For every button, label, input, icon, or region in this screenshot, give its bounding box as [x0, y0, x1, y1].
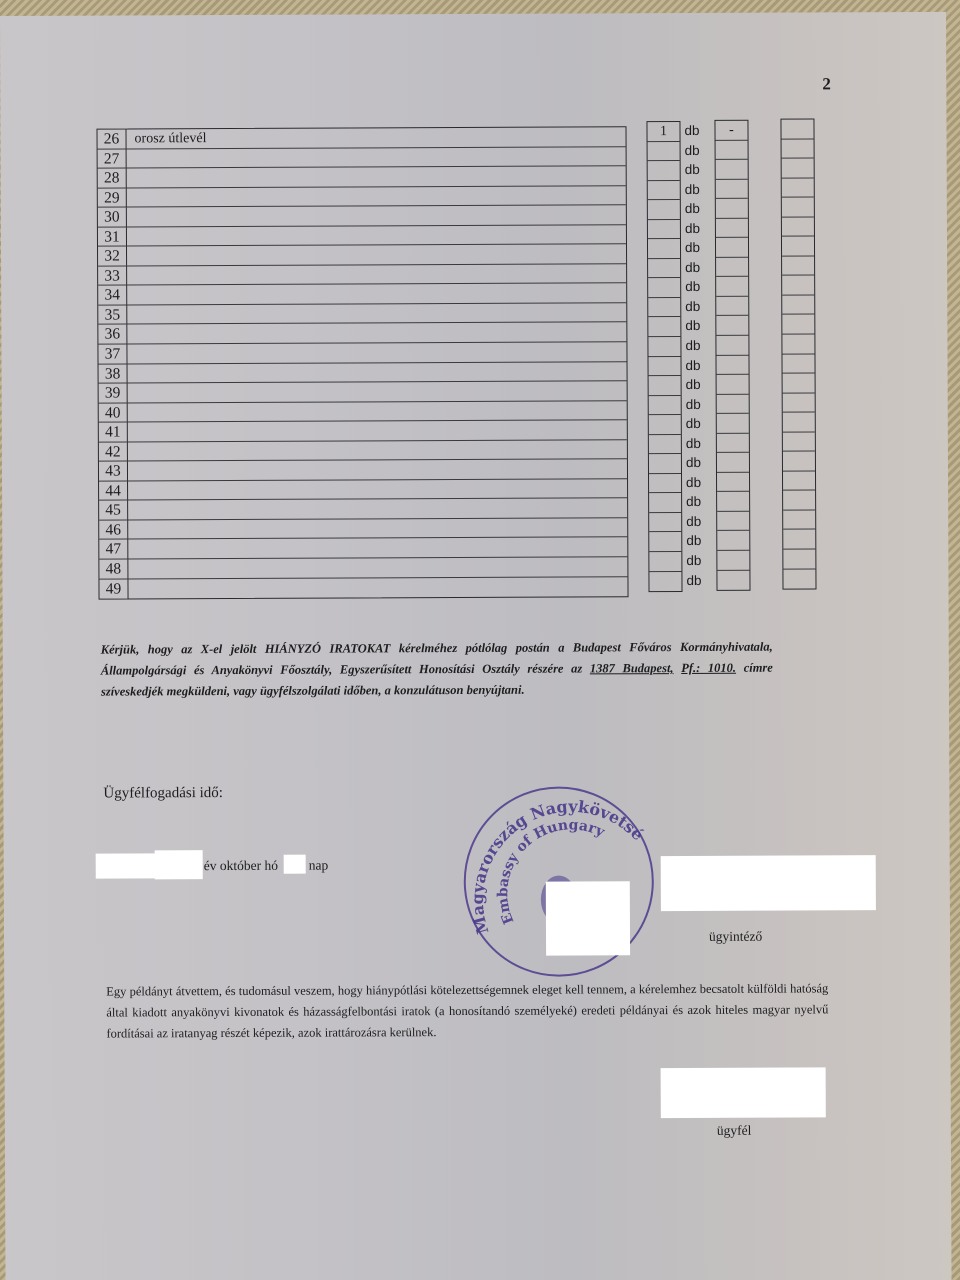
- document-description: [128, 440, 627, 461]
- unit-label: db: [685, 160, 700, 180]
- quantity-cell: [649, 513, 681, 533]
- table-row: 47: [99, 538, 627, 560]
- missing-mark-cell: [717, 453, 749, 473]
- document-description: [128, 557, 627, 578]
- table-row: 49: [99, 577, 627, 599]
- missing-column: -: [714, 120, 750, 591]
- missing-mark-cell: [716, 238, 748, 258]
- missing-mark-cell: [716, 336, 748, 356]
- redacted-day: [284, 855, 306, 874]
- missing-mark-cell: [717, 394, 749, 414]
- unit-label: db: [686, 492, 701, 512]
- missing-mark-cell: [716, 179, 748, 199]
- extra-cell: [782, 276, 814, 296]
- missing-mark-cell: [717, 375, 749, 395]
- quantity-cell: [648, 239, 680, 259]
- unit-column: dbdbdbdbdbdbdbdbdbdbdbdbdbdbdbdbdbdbdbdb…: [684, 121, 701, 590]
- row-number: 49: [99, 579, 128, 599]
- table-row: 26orosz útlevél: [97, 127, 625, 149]
- document-description: [128, 538, 627, 559]
- quantity-cell: [649, 435, 681, 455]
- table-row: 41: [99, 420, 627, 442]
- extra-cell: [782, 217, 814, 237]
- unit-label: db: [686, 531, 701, 551]
- document-description: [128, 420, 627, 441]
- extra-cell: [782, 159, 814, 179]
- row-number: 38: [99, 364, 128, 383]
- quantity-column: 1: [646, 121, 682, 592]
- document-description: [128, 381, 627, 402]
- unit-label: db: [685, 180, 700, 200]
- document-description: [127, 323, 626, 344]
- row-number: 34: [98, 286, 127, 305]
- extra-column: [780, 118, 816, 589]
- document-description: [128, 362, 627, 383]
- missing-mark-cell: [716, 140, 748, 160]
- table-row: 45: [99, 499, 627, 521]
- extra-cell: [782, 178, 814, 198]
- row-number: 41: [99, 423, 128, 442]
- unit-label: db: [684, 121, 699, 141]
- table-row: 42: [99, 440, 627, 462]
- redacted-stamp-area: [546, 881, 630, 955]
- missing-mark-cell: [717, 512, 749, 532]
- document-description: [127, 205, 626, 226]
- document-description: [128, 401, 627, 422]
- postal-box: Pf.: 1010.: [681, 661, 736, 675]
- quantity-cell: [648, 181, 680, 201]
- date-month-text: év október hó: [204, 858, 278, 874]
- extra-cell: [782, 237, 814, 257]
- row-number: 31: [98, 227, 127, 246]
- row-number: 26: [97, 129, 126, 148]
- redacted-officer-signature: [661, 855, 876, 911]
- extra-cell: [783, 471, 815, 491]
- row-number: 46: [99, 520, 128, 539]
- row-number: 42: [99, 442, 128, 461]
- document-description: [128, 518, 627, 539]
- extra-cell: [782, 295, 814, 315]
- extra-cell: [783, 452, 815, 472]
- document-description: [127, 264, 626, 285]
- row-number: 35: [98, 305, 127, 324]
- table-row: 46: [99, 518, 627, 540]
- quantity-cell: [649, 474, 681, 494]
- quantity-cell: [649, 572, 681, 592]
- table-row: 36: [98, 323, 626, 345]
- extra-cell: [783, 374, 815, 394]
- document-description: [128, 499, 627, 520]
- row-number: 32: [98, 247, 127, 266]
- unit-label: db: [685, 297, 700, 317]
- quantity-cell: [649, 376, 681, 396]
- document-description: [127, 342, 626, 363]
- quantity-cell: [648, 357, 680, 377]
- unit-label: db: [685, 356, 700, 376]
- table-row: 44: [99, 479, 627, 501]
- missing-mark-cell: [717, 433, 749, 453]
- row-number: 48: [99, 559, 128, 578]
- quantity-cell: [648, 200, 680, 220]
- extra-cell: [782, 139, 814, 159]
- document-page: 2 26orosz útlevél27282930313233343536373…: [0, 12, 952, 1280]
- quantity-cell: [648, 278, 680, 298]
- acknowledgement-text: Egy példányt átvettem, és tudomásul vesz…: [106, 978, 828, 1044]
- table-row: 32: [98, 245, 626, 267]
- row-number: 27: [98, 149, 127, 168]
- quantity-cell: [648, 161, 680, 181]
- quantity-cell: [649, 493, 681, 513]
- table-row: 28: [98, 166, 626, 188]
- missing-mark-cell: [716, 160, 748, 180]
- row-number: 29: [98, 188, 127, 207]
- missing-mark-cell: [717, 551, 749, 571]
- document-description: [127, 245, 626, 266]
- table-row: 38: [99, 362, 627, 384]
- missing-mark-cell: [716, 258, 748, 278]
- document-description: [128, 460, 627, 481]
- table-row: 35: [98, 303, 626, 325]
- extra-cell: [783, 530, 815, 550]
- unit-label: db: [686, 551, 701, 571]
- table-row: 48: [99, 557, 627, 579]
- extra-cell: [782, 354, 814, 374]
- table-row: 30: [98, 205, 626, 227]
- extra-cell: [782, 256, 814, 276]
- document-list-table: 26orosz útlevél2728293031323334353637383…: [96, 126, 628, 599]
- missing-mark-cell: [716, 316, 748, 336]
- unit-label: db: [685, 140, 700, 160]
- row-number: 39: [99, 384, 128, 403]
- row-number: 43: [99, 462, 128, 481]
- quantity-cell: [649, 396, 681, 416]
- row-number: 28: [98, 169, 127, 188]
- unit-label: db: [686, 453, 701, 473]
- unit-label: db: [686, 571, 701, 591]
- missing-mark-cell: [716, 218, 748, 238]
- table-row: 31: [98, 225, 626, 247]
- missing-documents-notice: Kérjük, hogy az X-el jelölt HIÁNYZÓ IRAT…: [101, 637, 773, 703]
- unit-label: db: [686, 414, 701, 434]
- missing-mark-cell: [716, 297, 748, 317]
- quantity-cell: [648, 298, 680, 318]
- table-row: 29: [98, 186, 626, 208]
- row-number: 36: [98, 325, 127, 344]
- quantity-cell: [649, 415, 681, 435]
- unit-label: db: [686, 375, 701, 395]
- extra-cell: [783, 569, 815, 589]
- extra-cell: [783, 413, 815, 433]
- table-row: 34: [98, 284, 626, 306]
- missing-mark-cell: [717, 473, 749, 493]
- table-row: 40: [99, 401, 627, 423]
- quantity-cell: [648, 142, 680, 162]
- document-description: [127, 166, 626, 187]
- extra-cell: [782, 198, 814, 218]
- document-description: [128, 577, 627, 599]
- unit-label: db: [685, 277, 700, 297]
- document-description: [127, 303, 626, 324]
- client-signature-label: ügyfél: [717, 1123, 752, 1139]
- row-number: 47: [99, 540, 128, 559]
- document-description: [128, 479, 627, 500]
- unit-label: db: [685, 336, 700, 356]
- row-number: 37: [98, 344, 127, 363]
- row-number: 40: [99, 403, 128, 422]
- document-description: [127, 284, 626, 305]
- table-row: 37: [98, 342, 626, 364]
- missing-mark-cell: -: [715, 121, 747, 141]
- officer-signature-label: ügyintéző: [709, 929, 762, 945]
- row-number: 33: [98, 266, 127, 285]
- quantity-cell: [648, 337, 680, 357]
- extra-cell: [782, 315, 814, 335]
- row-number: 45: [99, 501, 128, 520]
- redacted-client-signature: [661, 1067, 826, 1118]
- table-row: 27: [98, 147, 626, 169]
- quantity-cell: [648, 259, 680, 279]
- missing-mark-cell: [717, 570, 749, 590]
- reception-hours-label: Ügyfélfogadási idő:: [103, 785, 223, 803]
- missing-mark-cell: [717, 492, 749, 512]
- extra-cell: [783, 549, 815, 569]
- unit-label: db: [686, 512, 701, 532]
- quantity-cell: [648, 318, 680, 338]
- document-description: [127, 147, 626, 168]
- missing-mark-cell: [717, 414, 749, 434]
- document-description: orosz útlevél: [126, 127, 625, 148]
- document-description: [127, 186, 626, 207]
- unit-label: db: [686, 473, 701, 493]
- table-row: 39: [99, 381, 627, 403]
- redacted-place: [96, 853, 156, 878]
- table-row: 33: [98, 264, 626, 286]
- unit-label: db: [686, 434, 701, 454]
- page-number: 2: [822, 74, 831, 94]
- extra-cell: [781, 119, 813, 139]
- unit-label: db: [685, 199, 700, 219]
- extra-cell: [782, 334, 814, 354]
- quantity-cell: 1: [647, 122, 679, 142]
- missing-mark-cell: [716, 355, 748, 375]
- quantity-cell: [649, 533, 681, 553]
- missing-mark-cell: [717, 531, 749, 551]
- missing-mark-cell: [716, 277, 748, 297]
- quantity-cell: [649, 552, 681, 572]
- postal-address-code: 1387 Budapest,: [590, 661, 674, 675]
- extra-cell: [783, 393, 815, 413]
- unit-label: db: [685, 316, 700, 336]
- quantity-cell: [648, 220, 680, 240]
- quantity-cell: [649, 454, 681, 474]
- redacted-year: [155, 850, 203, 879]
- unit-label: db: [685, 238, 700, 258]
- unit-label: db: [686, 395, 701, 415]
- table-row: 43: [99, 460, 627, 482]
- document-description: [127, 225, 626, 246]
- unit-label: db: [685, 258, 700, 278]
- row-number: 30: [98, 208, 127, 227]
- date-day-text: nap: [309, 858, 329, 874]
- missing-mark-cell: [716, 199, 748, 219]
- row-number: 44: [99, 481, 128, 500]
- extra-cell: [783, 510, 815, 530]
- extra-cell: [783, 432, 815, 452]
- unit-label: db: [685, 219, 700, 239]
- extra-cell: [783, 491, 815, 511]
